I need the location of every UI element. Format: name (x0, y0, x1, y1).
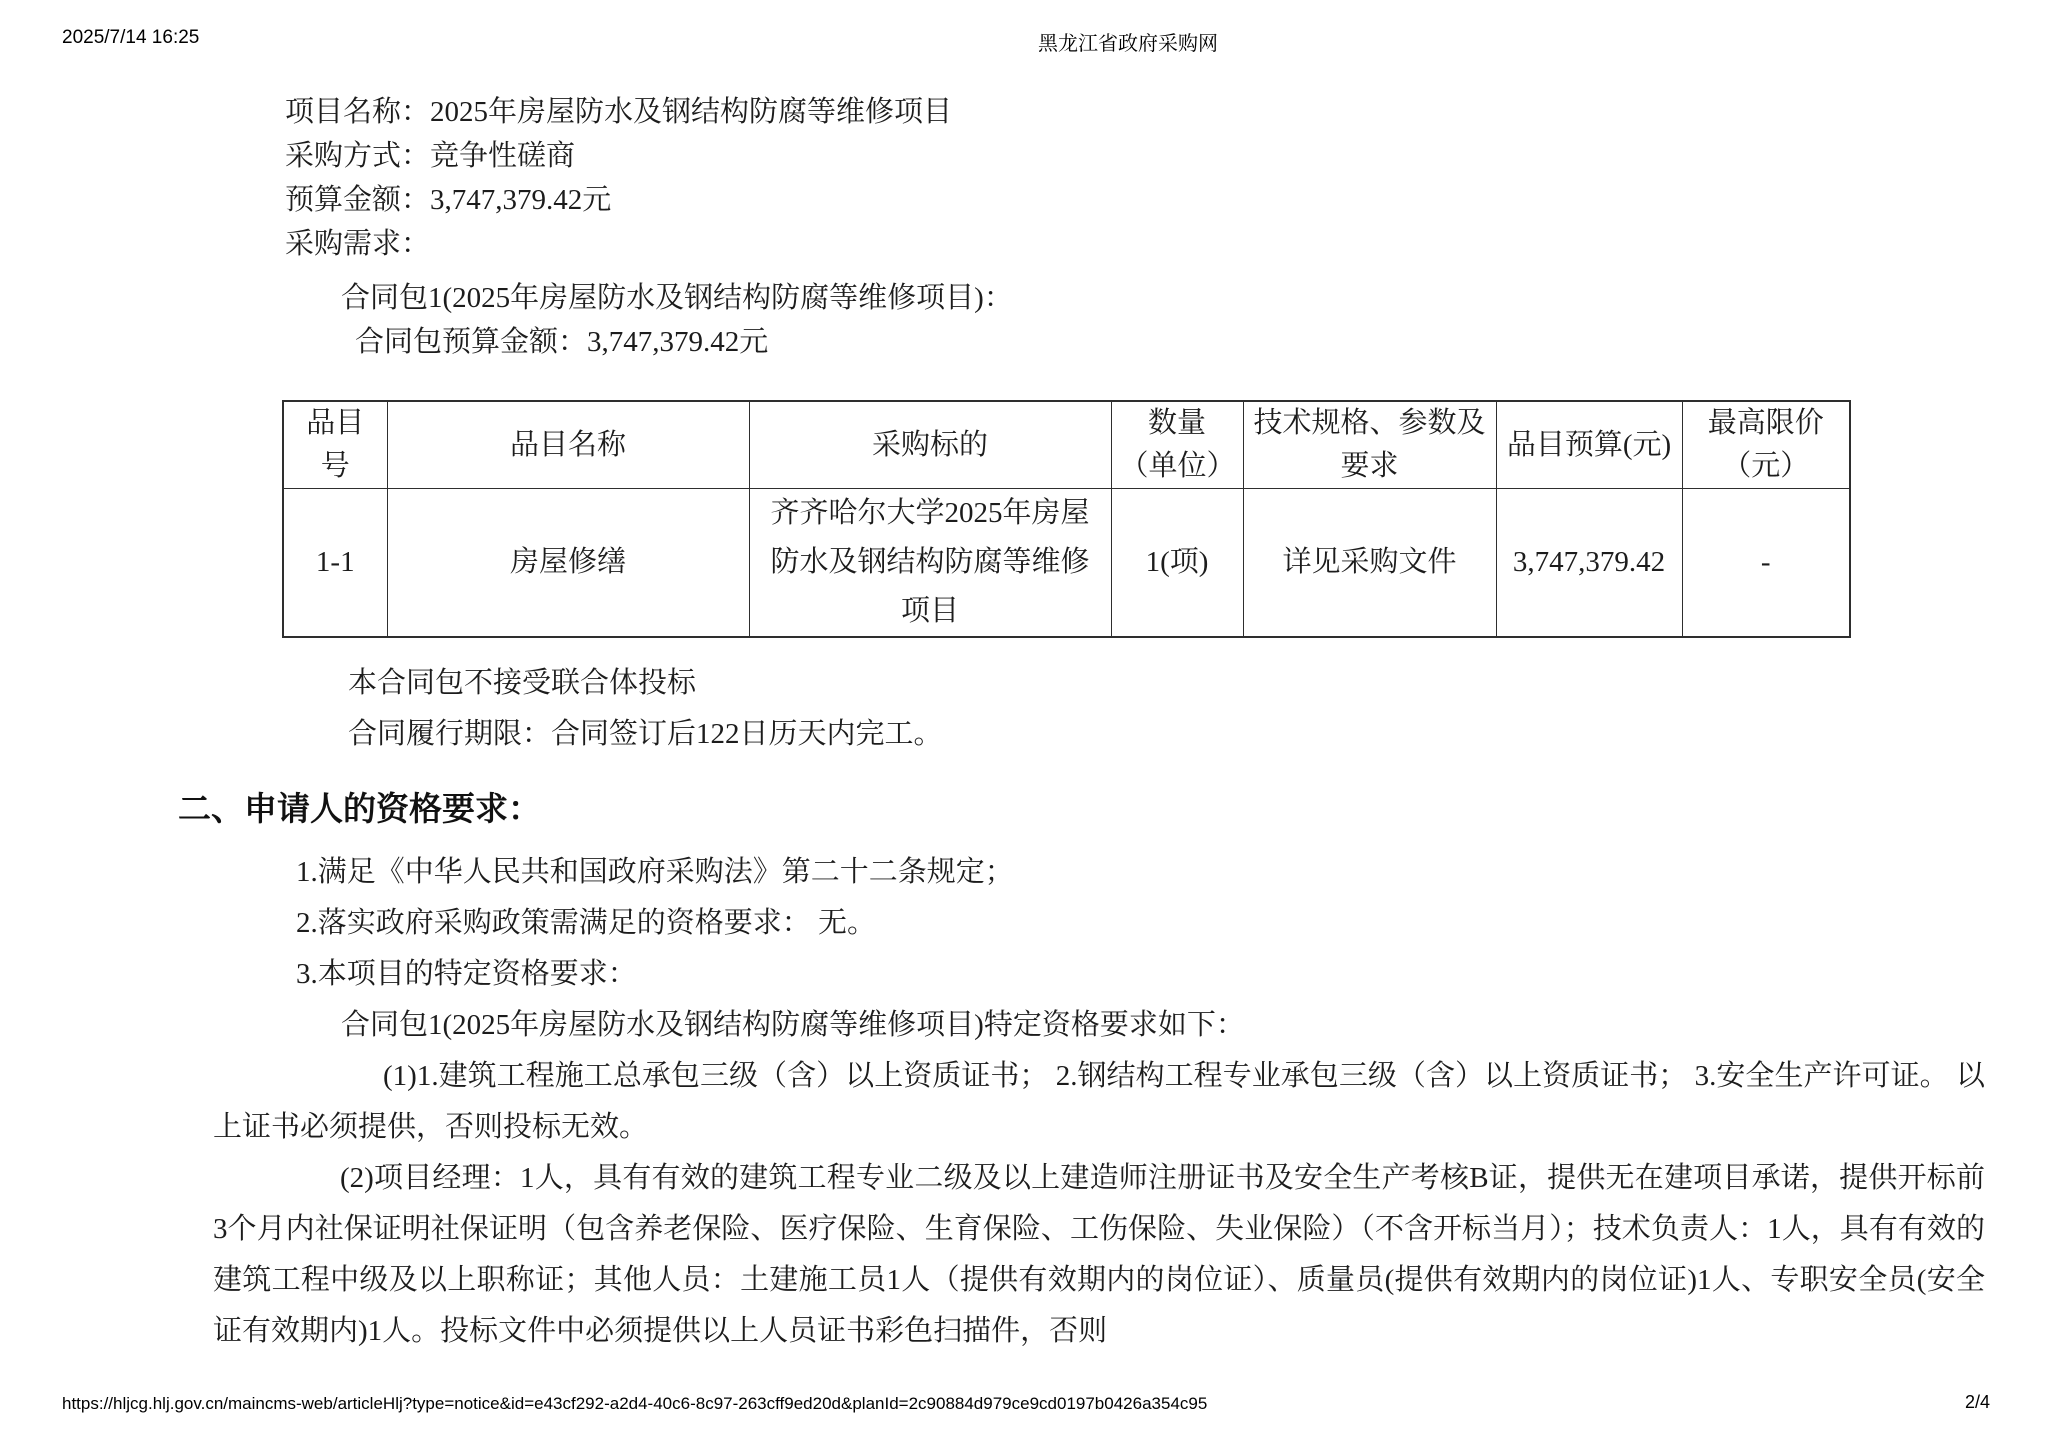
cell-procurement-subject: 齐齐哈尔大学2025年房屋防水及钢结构防腐等维修项目 (749, 489, 1111, 638)
procurement-method-line: 采购方式：竞争性磋商 (285, 134, 2048, 178)
items-table: 品目号 品目名称 采购标的 数量（单位） 技术规格、参数及要求 品目预算(元) … (282, 400, 1851, 638)
document-body: 项目名称：2025年房屋防水及钢结构防腐等维修项目 采购方式：竞争性磋商 预算金… (0, 0, 2048, 1357)
page-indicator: 2/4 (1965, 1392, 1990, 1413)
col-quantity-unit: 数量（单位） (1111, 401, 1243, 489)
cell-item-no: 1-1 (283, 489, 387, 638)
col-item-no: 品目号 (283, 401, 387, 489)
col-item-name: 品目名称 (387, 401, 749, 489)
performance-period-line: 合同履行期限：合同签订后122日历天内完工。 (348, 712, 2048, 756)
package-requirements-intro: 合同包1(2025年房屋防水及钢结构防腐等维修项目)特定资格要求如下： (341, 1000, 2048, 1051)
col-item-budget: 品目预算(元) (1496, 401, 1682, 489)
qualification-item-2: 2.落实政府采购政策需满足的资格要求： 无。 (296, 898, 2048, 949)
demand-label: 采购需求： (285, 222, 2048, 266)
package-budget-line: 合同包预算金额：3,747,379.42元 (355, 320, 2048, 364)
requirement-paragraph-2: (2)项目经理：1人，具有有效的建筑工程专业二级及以上建造师注册证书及安全生产考… (213, 1153, 1985, 1357)
col-specs: 技术规格、参数及要求 (1243, 401, 1496, 489)
col-procurement-subject: 采购标的 (749, 401, 1111, 489)
table-row: 1-1 房屋修缮 齐齐哈尔大学2025年房屋防水及钢结构防腐等维修项目 1(项)… (283, 489, 1850, 638)
budget-amount-line: 预算金额：3,747,379.42元 (285, 178, 2048, 222)
cell-item-budget: 3,747,379.42 (1496, 489, 1682, 638)
project-name-line: 项目名称：2025年房屋防水及钢结构防腐等维修项目 (285, 90, 2048, 134)
no-consortium-note: 本合同包不接受联合体投标 (348, 661, 2048, 705)
qualification-item-1: 1.满足《中华人民共和国政府采购法》第二十二条规定； (296, 847, 2048, 898)
package-line: 合同包1(2025年房屋防水及钢结构防腐等维修项目)： (341, 276, 2048, 320)
requirement-paragraph-1: (1)1.建筑工程施工总承包三级（含）以上资质证书； 2.钢结构工程专业承包三级… (213, 1051, 1985, 1153)
qualification-item-3: 3.本项目的特定资格要求： (296, 949, 2048, 1000)
cell-specs: 详见采购文件 (1243, 489, 1496, 638)
printed-page: 2025/7/14 16:25 黑龙江省政府采购网 项目名称：2025年房屋防水… (0, 0, 2048, 1447)
cell-price-cap: - (1682, 489, 1850, 638)
table-header-row: 品目号 品目名称 采购标的 数量（单位） 技术规格、参数及要求 品目预算(元) … (283, 401, 1850, 489)
col-price-cap: 最高限价（元） (1682, 401, 1850, 489)
page-url: https://hljcg.hlj.gov.cn/maincms-web/art… (62, 1394, 1207, 1414)
cell-quantity-unit: 1(项) (1111, 489, 1243, 638)
section2-body: 1.满足《中华人民共和国政府采购法》第二十二条规定； 2.落实政府采购政策需满足… (0, 847, 2048, 1357)
cell-item-name: 房屋修缮 (387, 489, 749, 638)
section2-heading: 二、申请人的资格要求： (178, 785, 2048, 833)
